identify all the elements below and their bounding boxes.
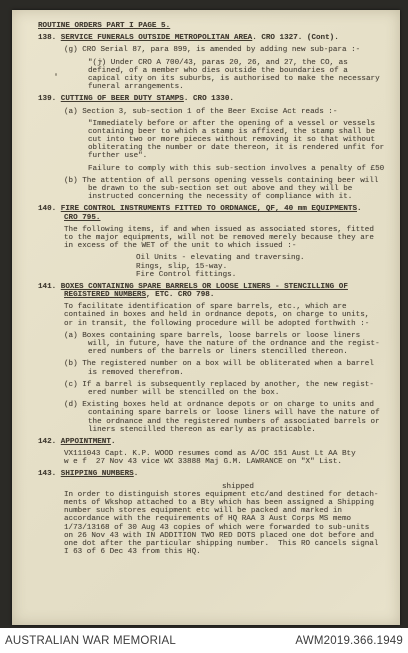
- text-segment: , ETC. CRO 798.: [146, 291, 214, 299]
- text-segment: I 63 of 6 Dec 43 from this HQ.: [64, 548, 201, 556]
- document-line: CRO 795.: [38, 214, 400, 222]
- document-line: 140. FIRE CONTROL INSTRUMENTS FITTED TO …: [38, 205, 400, 213]
- text-segment: (b) The attention of all persons opening…: [64, 177, 378, 185]
- underlined-text: CRO 795.: [64, 214, 100, 222]
- text-segment: cut into two or more pieces without remo…: [88, 136, 375, 144]
- document-line: 138. SERVICE FUNERALS OUTSIDE METROPOLIT…: [38, 34, 400, 42]
- document-line: shipped: [38, 483, 400, 491]
- document-line: (c) If a barrel is subsequently replaced…: [38, 381, 400, 389]
- text-segment: Rings, slip, 15-way.: [136, 263, 227, 271]
- text-segment: . CRO 1330.: [184, 95, 234, 103]
- text-segment: 142.: [38, 438, 61, 446]
- underlined-text: CUTTING OF BEER DUTY STAMPS: [61, 95, 184, 103]
- text-segment: one dot after the particular shipping nu…: [64, 540, 378, 548]
- document-line: Fire Control fittings.: [38, 271, 400, 279]
- document-line: 142. APPOINTMENT.: [38, 438, 400, 446]
- text-segment: the ordnance and the registered numbers …: [88, 418, 380, 426]
- text-segment: (a) Section 3, sub-section 1 of the Beer…: [64, 108, 337, 116]
- underlined-text: FIRE CONTROL INSTRUMENTS FITTED TO ORDNA…: [61, 205, 357, 213]
- document-line: In order to distinguish stores equipment…: [38, 491, 400, 499]
- document-line: further use".: [38, 152, 400, 160]
- text-segment: 143.: [38, 470, 61, 478]
- text-segment: VX111043 Capt. K.P. WOOD resumes comd as…: [64, 450, 356, 458]
- text-segment: 138.: [38, 34, 61, 42]
- document-line: The following items, if and when issued …: [38, 226, 400, 234]
- text-segment: to the major equipments, will not be rem…: [64, 234, 374, 242]
- text-segment: . CRO 1327. (Cont).: [252, 34, 339, 42]
- document-line: will, in future, have the nature of the …: [38, 340, 400, 348]
- text-segment: .: [134, 470, 139, 478]
- document-line: w e f 27 Nov 43 vice WX 33888 Maj G.M. L…: [38, 458, 400, 466]
- document-line: Rings, slip, 15-way.: [38, 263, 400, 271]
- document-content: ROUTINE ORDERS PART I PAGE 5.138. SERVIC…: [12, 22, 400, 556]
- screenshot-stage: ROUTINE ORDERS PART I PAGE 5.138. SERVIC…: [0, 0, 408, 653]
- text-segment: capical city on its suburbs, is authoris…: [88, 75, 380, 83]
- document-line: (a) Boxes containing spare barrels, loos…: [38, 332, 400, 340]
- text-segment: in excess of the WET of the unit to whic…: [64, 242, 296, 250]
- document-line: REGISTERED NUMBERS, ETC. CRO 798.: [38, 291, 400, 299]
- text-segment: or in transit, the following procedure w…: [64, 320, 369, 328]
- text-segment: liners stencilled thereon as early as pr…: [88, 426, 316, 434]
- document-line: (b) The registered number on a box will …: [38, 360, 400, 368]
- text-segment: accordance with the requirements of HQ R…: [64, 515, 351, 523]
- text-segment: 140.: [38, 205, 61, 213]
- underlined-text: SHIPPING NUMBERS: [61, 470, 134, 478]
- text-segment: (b) The registered number on a box will …: [64, 360, 374, 368]
- document-line: containing spare barrels or loose liners…: [38, 409, 400, 417]
- footer-credit: AUSTRALIAN WAR MEMORIAL: [5, 635, 176, 647]
- document-line: is removed therefrom.: [38, 369, 400, 377]
- text-segment: "(j) Under CRO A 700/43, paras 20, 26, a…: [88, 59, 348, 67]
- text-segment: Failure to comply with this sub-section …: [88, 165, 384, 173]
- document-line: ments of Wkshop attached to a Bty which …: [38, 499, 400, 507]
- text-segment: defined, of a member who dies outside th…: [88, 67, 348, 75]
- text-segment: shipped: [222, 483, 254, 491]
- text-segment: Oil Units - elevating and traversing.: [136, 254, 305, 262]
- document-line: on 26 Nov 43 with IN ADDITION TWO RED DO…: [38, 532, 400, 540]
- document-line: (g) CRO Serial 87, para 899, is amended …: [38, 46, 400, 54]
- document-line: instructed concerning the necessity of c…: [38, 193, 400, 201]
- document-line: to the major equipments, will not be rem…: [38, 234, 400, 242]
- document-line: Failure to comply with this sub-section …: [38, 165, 400, 173]
- text-segment: Fire Control fittings.: [136, 271, 236, 279]
- document-line: defined, of a member who dies outside th…: [38, 67, 400, 75]
- document-line: accordance with the requirements of HQ R…: [38, 515, 400, 523]
- underlined-text: REGISTERED NUMBERS: [64, 291, 146, 299]
- document-line: Oil Units - elevating and traversing.: [38, 254, 400, 262]
- document-line: contained in boxes and held in ordnance …: [38, 311, 400, 319]
- document-page: ROUTINE ORDERS PART I PAGE 5.138. SERVIC…: [12, 10, 400, 625]
- text-segment: containing beer to which a stamp is affi…: [88, 128, 375, 136]
- document-line: in excess of the WET of the unit to whic…: [38, 242, 400, 250]
- document-line: (b) The attention of all persons opening…: [38, 177, 400, 185]
- document-line: ered numbers of the barrels or liners st…: [38, 348, 400, 356]
- text-segment: (d) Existing boxes held at ordnance depo…: [64, 401, 374, 409]
- text-segment: The following items, if and when issued …: [64, 226, 374, 234]
- text-segment: funeral arrangements.: [88, 83, 184, 91]
- underlined-text: SERVICE FUNERALS OUTSIDE METROPOLITAN AR…: [61, 34, 252, 42]
- document-line: ered number will be stencilled on the bo…: [38, 389, 400, 397]
- text-segment: ments of Wkshop attached to a Bty which …: [64, 499, 374, 507]
- text-segment: contained in boxes and held in ordnance …: [64, 311, 369, 319]
- text-segment: (a) Boxes containing spare barrels, loos…: [64, 332, 360, 340]
- text-segment: .: [357, 205, 362, 213]
- document-line: 139. CUTTING OF BEER DUTY STAMPS. CRO 13…: [38, 95, 400, 103]
- footer-accession: AWM2019.366.1949: [295, 635, 403, 647]
- document-line: or in transit, the following procedure w…: [38, 320, 400, 328]
- document-line: funeral arrangements.: [38, 83, 400, 91]
- text-segment: 1/73/13168 of 30 Aug 43 copies of which …: [64, 524, 369, 532]
- text-segment: be drawn to the sub-section set out abov…: [88, 185, 352, 193]
- document-line: (a) Section 3, sub-section 1 of the Beer…: [38, 108, 400, 116]
- text-segment: (g) CRO Serial 87, para 899, is amended …: [64, 46, 360, 54]
- document-line: "(j) Under CRO A 700/43, paras 20, 26, a…: [38, 59, 400, 67]
- document-line: ROUTINE ORDERS PART I PAGE 5.: [38, 22, 400, 30]
- document-line: one dot after the particular shipping nu…: [38, 540, 400, 548]
- text-segment: containing spare barrels or loose liners…: [88, 409, 380, 417]
- document-line: I 63 of 6 Dec 43 from this HQ.: [38, 548, 400, 556]
- document-line: be drawn to the sub-section set out abov…: [38, 185, 400, 193]
- text-segment: on 26 Nov 43 with IN ADDITION TWO RED DO…: [64, 532, 374, 540]
- text-segment: further use".: [88, 152, 147, 160]
- text-segment: 139.: [38, 95, 61, 103]
- text-segment: is removed therefrom.: [88, 369, 184, 377]
- text-segment: ered number will be stencilled on the bo…: [88, 389, 279, 397]
- text-segment: w e f 27 Nov 43 vice WX 33888 Maj G.M. L…: [64, 458, 342, 466]
- text-segment: number such stores equipment etc will be…: [64, 507, 342, 515]
- text-segment: In order to distinguish stores equipment…: [64, 491, 378, 499]
- text-segment: ered numbers of the barrels or liners st…: [88, 348, 348, 356]
- document-line: capical city on its suburbs, is authoris…: [38, 75, 400, 83]
- text-segment: 141.: [38, 283, 61, 291]
- text-segment: .: [111, 438, 116, 446]
- underlined-text: BOXES CONTAINING SPARE BARRELS OR LOOSE …: [61, 283, 348, 291]
- document-line: 1/73/13168 of 30 Aug 43 copies of which …: [38, 524, 400, 532]
- document-line: containing beer to which a stamp is affi…: [38, 128, 400, 136]
- document-line: "Immediately before or after the opening…: [38, 120, 400, 128]
- footer: AUSTRALIAN WAR MEMORIAL AWM2019.366.1949: [0, 628, 408, 653]
- document-line: 143. SHIPPING NUMBERS.: [38, 470, 400, 478]
- text-segment: "Immediately before or after the opening…: [88, 120, 375, 128]
- underlined-text: ROUTINE ORDERS PART I PAGE 5.: [38, 22, 170, 30]
- text-segment: (c) If a barrel is subsequently replaced…: [64, 381, 374, 389]
- underlined-text: APPOINTMENT: [61, 438, 111, 446]
- document-line: liners stencilled thereon as early as pr…: [38, 426, 400, 434]
- document-line: the ordnance and the registered numbers …: [38, 418, 400, 426]
- text-segment: instructed concerning the necessity of c…: [88, 193, 352, 201]
- text-segment: will, in future, have the nature of the …: [88, 340, 380, 348]
- document-line: 141. BOXES CONTAINING SPARE BARRELS OR L…: [38, 283, 400, 291]
